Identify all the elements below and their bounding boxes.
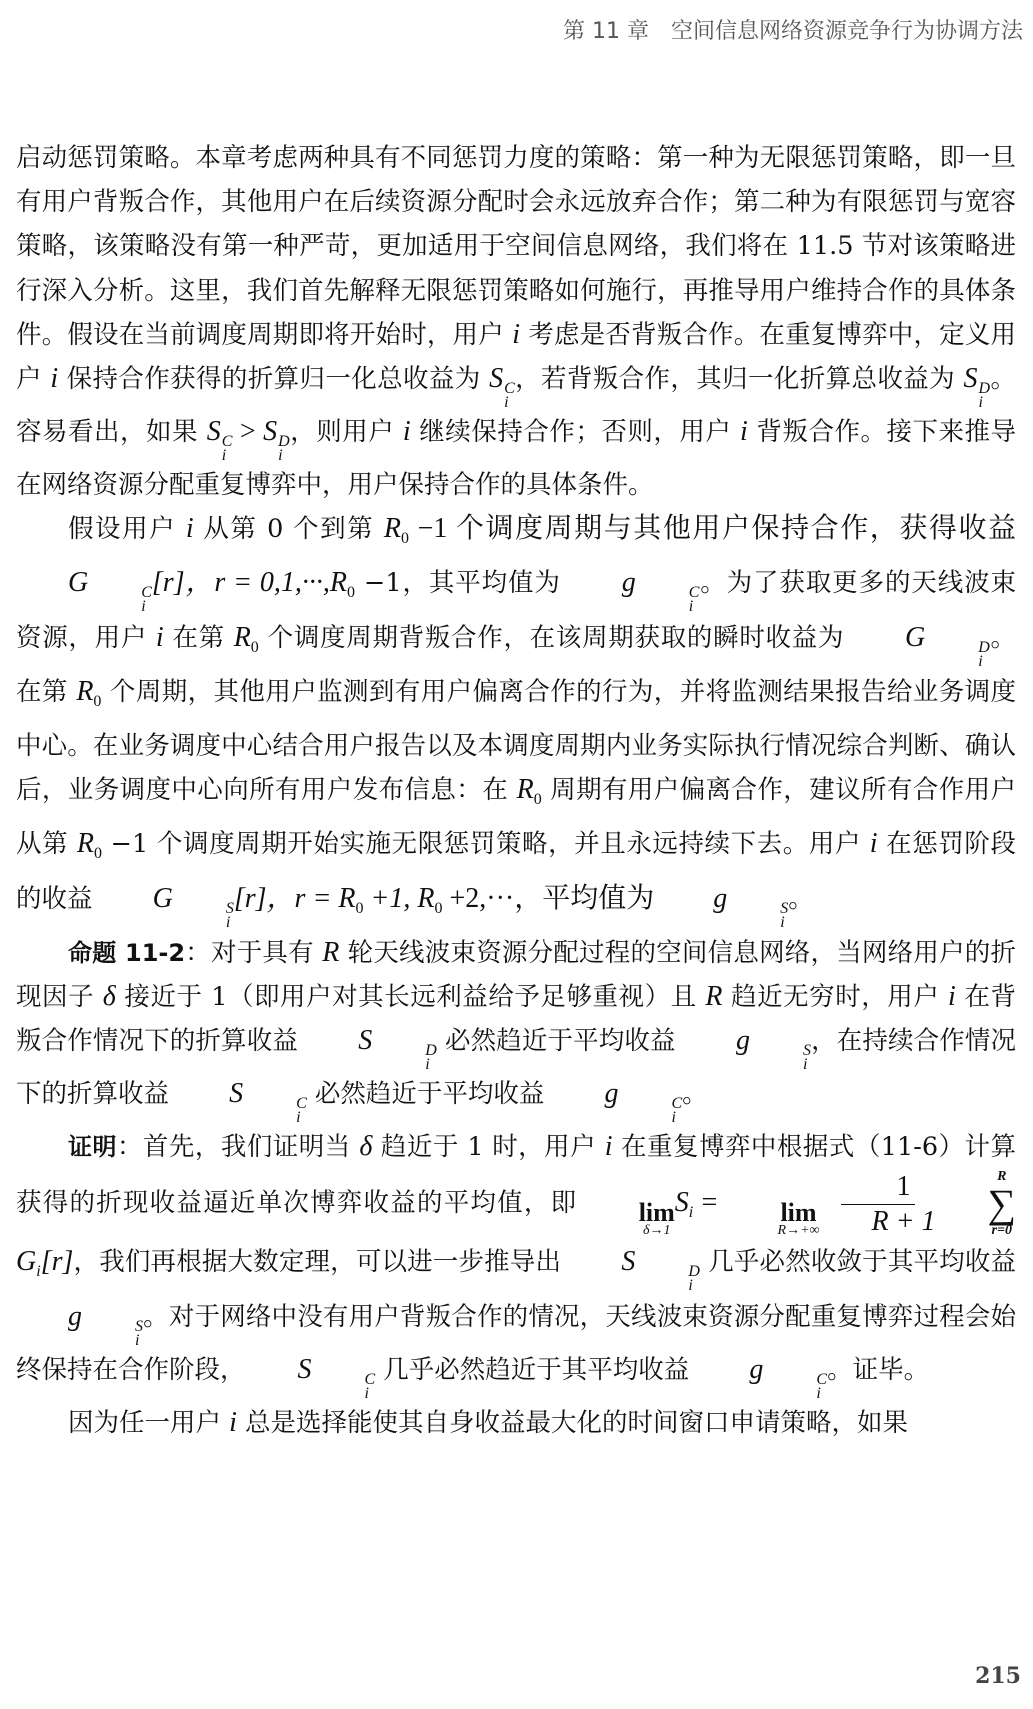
math-g-i-S: gSi <box>661 877 788 930</box>
math-g-i-C: gCi <box>697 1348 827 1401</box>
chapter-title: 空间信息网络资源竞争行为协调方法 <box>671 19 1023 44</box>
math-S-i-D: SDi <box>964 357 991 410</box>
math-G-i-D: GDi <box>853 616 990 669</box>
math-g-i-S: gSi <box>684 1019 811 1072</box>
math-S-i-C: SCi <box>207 410 233 463</box>
math-S-i-C: SCi <box>489 357 515 410</box>
math-g-i-C: gCi <box>570 561 700 614</box>
proposition-label: 命题 11-2 <box>68 939 185 967</box>
math-S-i-C: SCi <box>177 1072 307 1125</box>
math-g-i-C: gCi <box>553 1072 683 1125</box>
running-header: 第 11 章空间信息网络资源竞争行为协调方法 <box>563 14 1023 45</box>
math-S-i-D: SDi <box>306 1019 437 1072</box>
proof: 证明：首先，我们证明当 δ 趋近于 1 时，用户 i 在重复博弈中根据式（11-… <box>16 1125 1016 1400</box>
chapter-number: 第 11 章 <box>563 19 649 44</box>
math-G-i-S: GSi <box>101 877 234 930</box>
paragraph-2: 假设用户 i 从第 0 个到第 R0 −1 个调度周期与其他用户保持合作，获得收… <box>16 507 1016 931</box>
paragraph-5: 因为任一用户 i 总是选择能使其自身收益最大化的时间窗口申请策略，如果 <box>16 1401 1016 1445</box>
paragraph-1: 启动惩罚策略。本章考虑两种具有不同惩罚力度的策略：第一种为无限惩罚策略，即一旦有… <box>16 136 1016 507</box>
proof-label: 证明 <box>68 1133 117 1161</box>
page-number: 215 <box>975 1663 1021 1689</box>
math-G-i-C: GCi <box>16 561 152 614</box>
proposition-11-2: 命题 11-2：对于具有 R 轮天线波束资源分配过程的空间信息网络，当网络用户的… <box>16 931 1016 1125</box>
math-g-i-S: gSi <box>16 1295 143 1348</box>
math-S-i-D: SDi <box>263 410 290 463</box>
body-text: 启动惩罚策略。本章考虑两种具有不同惩罚力度的策略：第一种为无限惩罚策略，即一旦有… <box>16 136 1016 1445</box>
math-S-i-C: SCi <box>246 1348 376 1401</box>
math-S-i-D: SDi <box>569 1240 700 1293</box>
